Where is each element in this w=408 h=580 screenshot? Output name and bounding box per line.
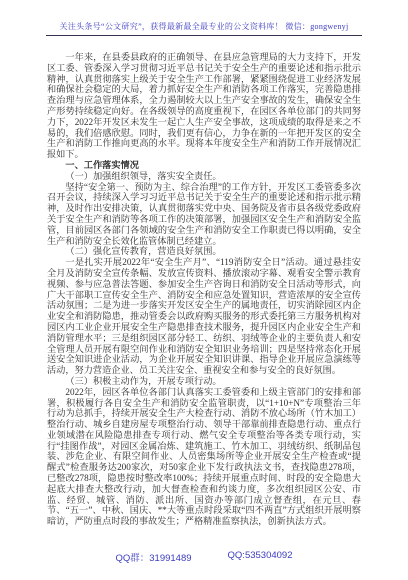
section-heading: （三）积极主动作为，开展专项行动。: [47, 376, 361, 387]
promo-footer: QQ群：31991489 QQ:535304092: [0, 550, 408, 564]
section-heading: 一、工作落实情况: [47, 160, 361, 171]
paragraph: 2022年，园区各单位各部门认真落实工委管委和上级主管部门的安排和部署，积极履行…: [47, 387, 361, 527]
promo-header-text: 关注头条号“公文研究”，获得最新最全最专业的公文资料库！ 微信：gongweny…: [46, 22, 362, 32]
section-heading: （一）加强组织领导，落实安全责任。: [47, 171, 361, 182]
paragraph: 一是扎实开展2022年“安全生产月”、“119消防安全日”活动。通过悬挂安全月及…: [47, 257, 361, 376]
paragraph: 一年来，在县委县政府的正确领导、在县应急管理局的大力支持下，开发区工委、管委深入…: [47, 52, 361, 160]
qq-number-label: QQ:535304092: [228, 550, 293, 564]
promo-header: 关注头条号“公文研究”，获得最新最全最专业的公文资料库！ 微信：gongweny…: [46, 22, 362, 36]
document-page: 关注头条号“公文研究”，获得最新最全最专业的公文资料库！ 微信：gongweny…: [0, 0, 408, 580]
qq-group-label: QQ群：31991489: [115, 550, 191, 564]
section-heading: （二）强化宣传教育，营造良好氛围。: [47, 246, 361, 257]
document-body: 一年来，在县委县政府的正确领导、在县应急管理局的大力支持下，开发区工委、管委深入…: [47, 52, 361, 527]
paragraph: 坚持“安全第一、预防为主、综合治理”的工作方针，开发区工委管委多次召开会议，持续…: [47, 182, 361, 247]
